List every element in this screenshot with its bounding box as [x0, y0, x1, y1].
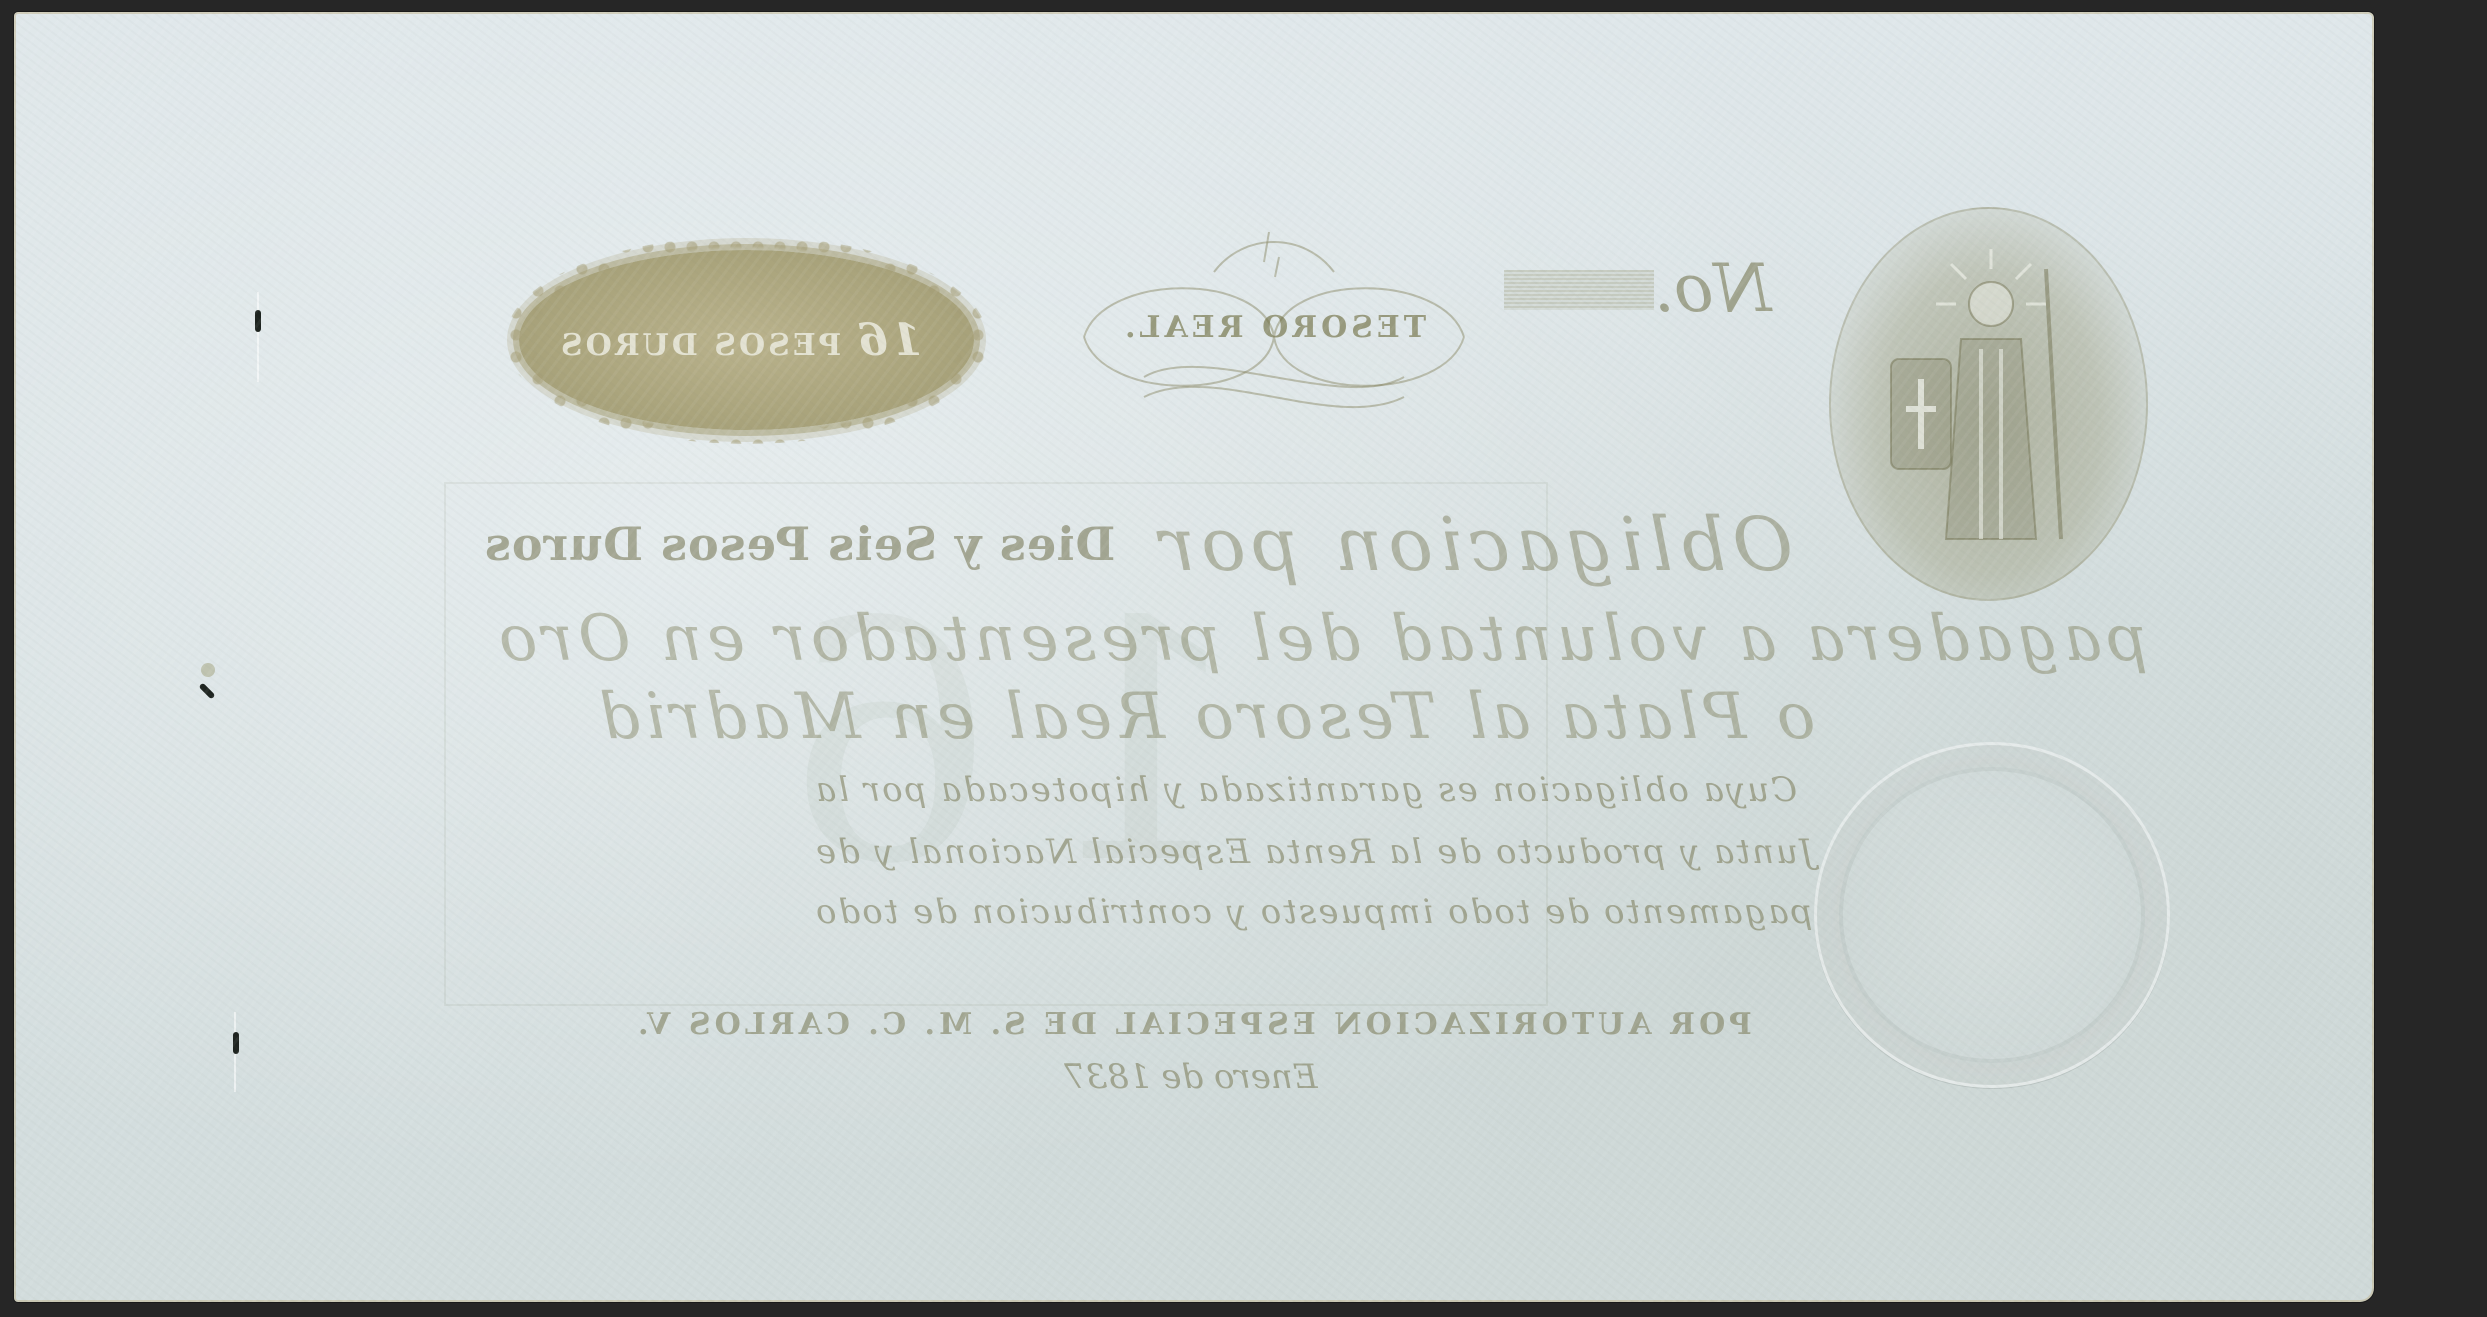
issue-date-text: Enero de 1837	[1064, 1057, 1318, 1097]
issuer-text: Tesoro Real.	[1121, 310, 1426, 345]
body-line-4-text: Cuya obligacion es garantizada y hipotec…	[814, 770, 1797, 810]
body-line-4: Cuya obligacion es garantizada y hipotec…	[814, 770, 1797, 810]
body-line-2-text: pagadera a voluntad del presentador en O…	[494, 602, 2148, 676]
banknote: 16 16 Pesos Duros Tesoro Real. No.	[14, 12, 2374, 1302]
obligation-heading: Obligacion por	[1154, 502, 1793, 588]
body-line-5: Junta y producto de la Renta Especial Na…	[814, 832, 1814, 872]
saint-vignette	[1829, 207, 2148, 601]
cartouche-number: 16	[854, 315, 921, 366]
stain-spot	[201, 663, 215, 677]
authorization-line: Por autorizacion especial de S. M. C. Ca…	[634, 1007, 1752, 1042]
issuer-label: Tesoro Real.	[1084, 310, 1464, 345]
cartouche-label: 16 Pesos Duros	[558, 315, 936, 366]
serial-number-field	[1504, 270, 1654, 310]
authorization-text: Por autorizacion especial de S. M. C. Ca…	[634, 1007, 1752, 1042]
body-line-6: pagamento de todo impuesto y contribucio…	[814, 892, 1812, 932]
pinhole-icon	[233, 1032, 239, 1054]
value-cartouche: 16 Pesos Duros	[519, 250, 974, 430]
amount-text: Dies y Seis Pesos Duros	[484, 517, 1115, 571]
amount-in-words: Dies y Seis Pesos Duros	[484, 517, 1115, 571]
body-line-6-text: pagamento de todo impuesto y contribucio…	[814, 892, 1812, 932]
crease-mark	[257, 292, 259, 382]
pinhole-icon	[255, 310, 261, 332]
standing-saint-icon	[1831, 209, 2146, 599]
body-line-3-text: o Plata al Tesoro Real en Madrid	[594, 680, 1815, 754]
body-line-3: o Plata al Tesoro Real en Madrid	[594, 680, 1815, 754]
issuer-flourish: Tesoro Real.	[1064, 212, 1484, 462]
body-line-5-text: Junta y producto de la Renta Especial Na…	[814, 832, 1814, 872]
serial-text: No.	[1654, 250, 1771, 327]
body-line-2: pagadera a voluntad del presentador en O…	[494, 602, 2148, 676]
obligation-text: Obligacion por	[1154, 502, 1793, 588]
pinhole-icon	[199, 683, 216, 700]
embossed-seal	[1814, 742, 2170, 1088]
serial-label: No.	[1654, 250, 1771, 327]
issue-date: Enero de 1837	[1064, 1057, 1318, 1097]
cartouche-text: Pesos Duros	[558, 328, 841, 363]
